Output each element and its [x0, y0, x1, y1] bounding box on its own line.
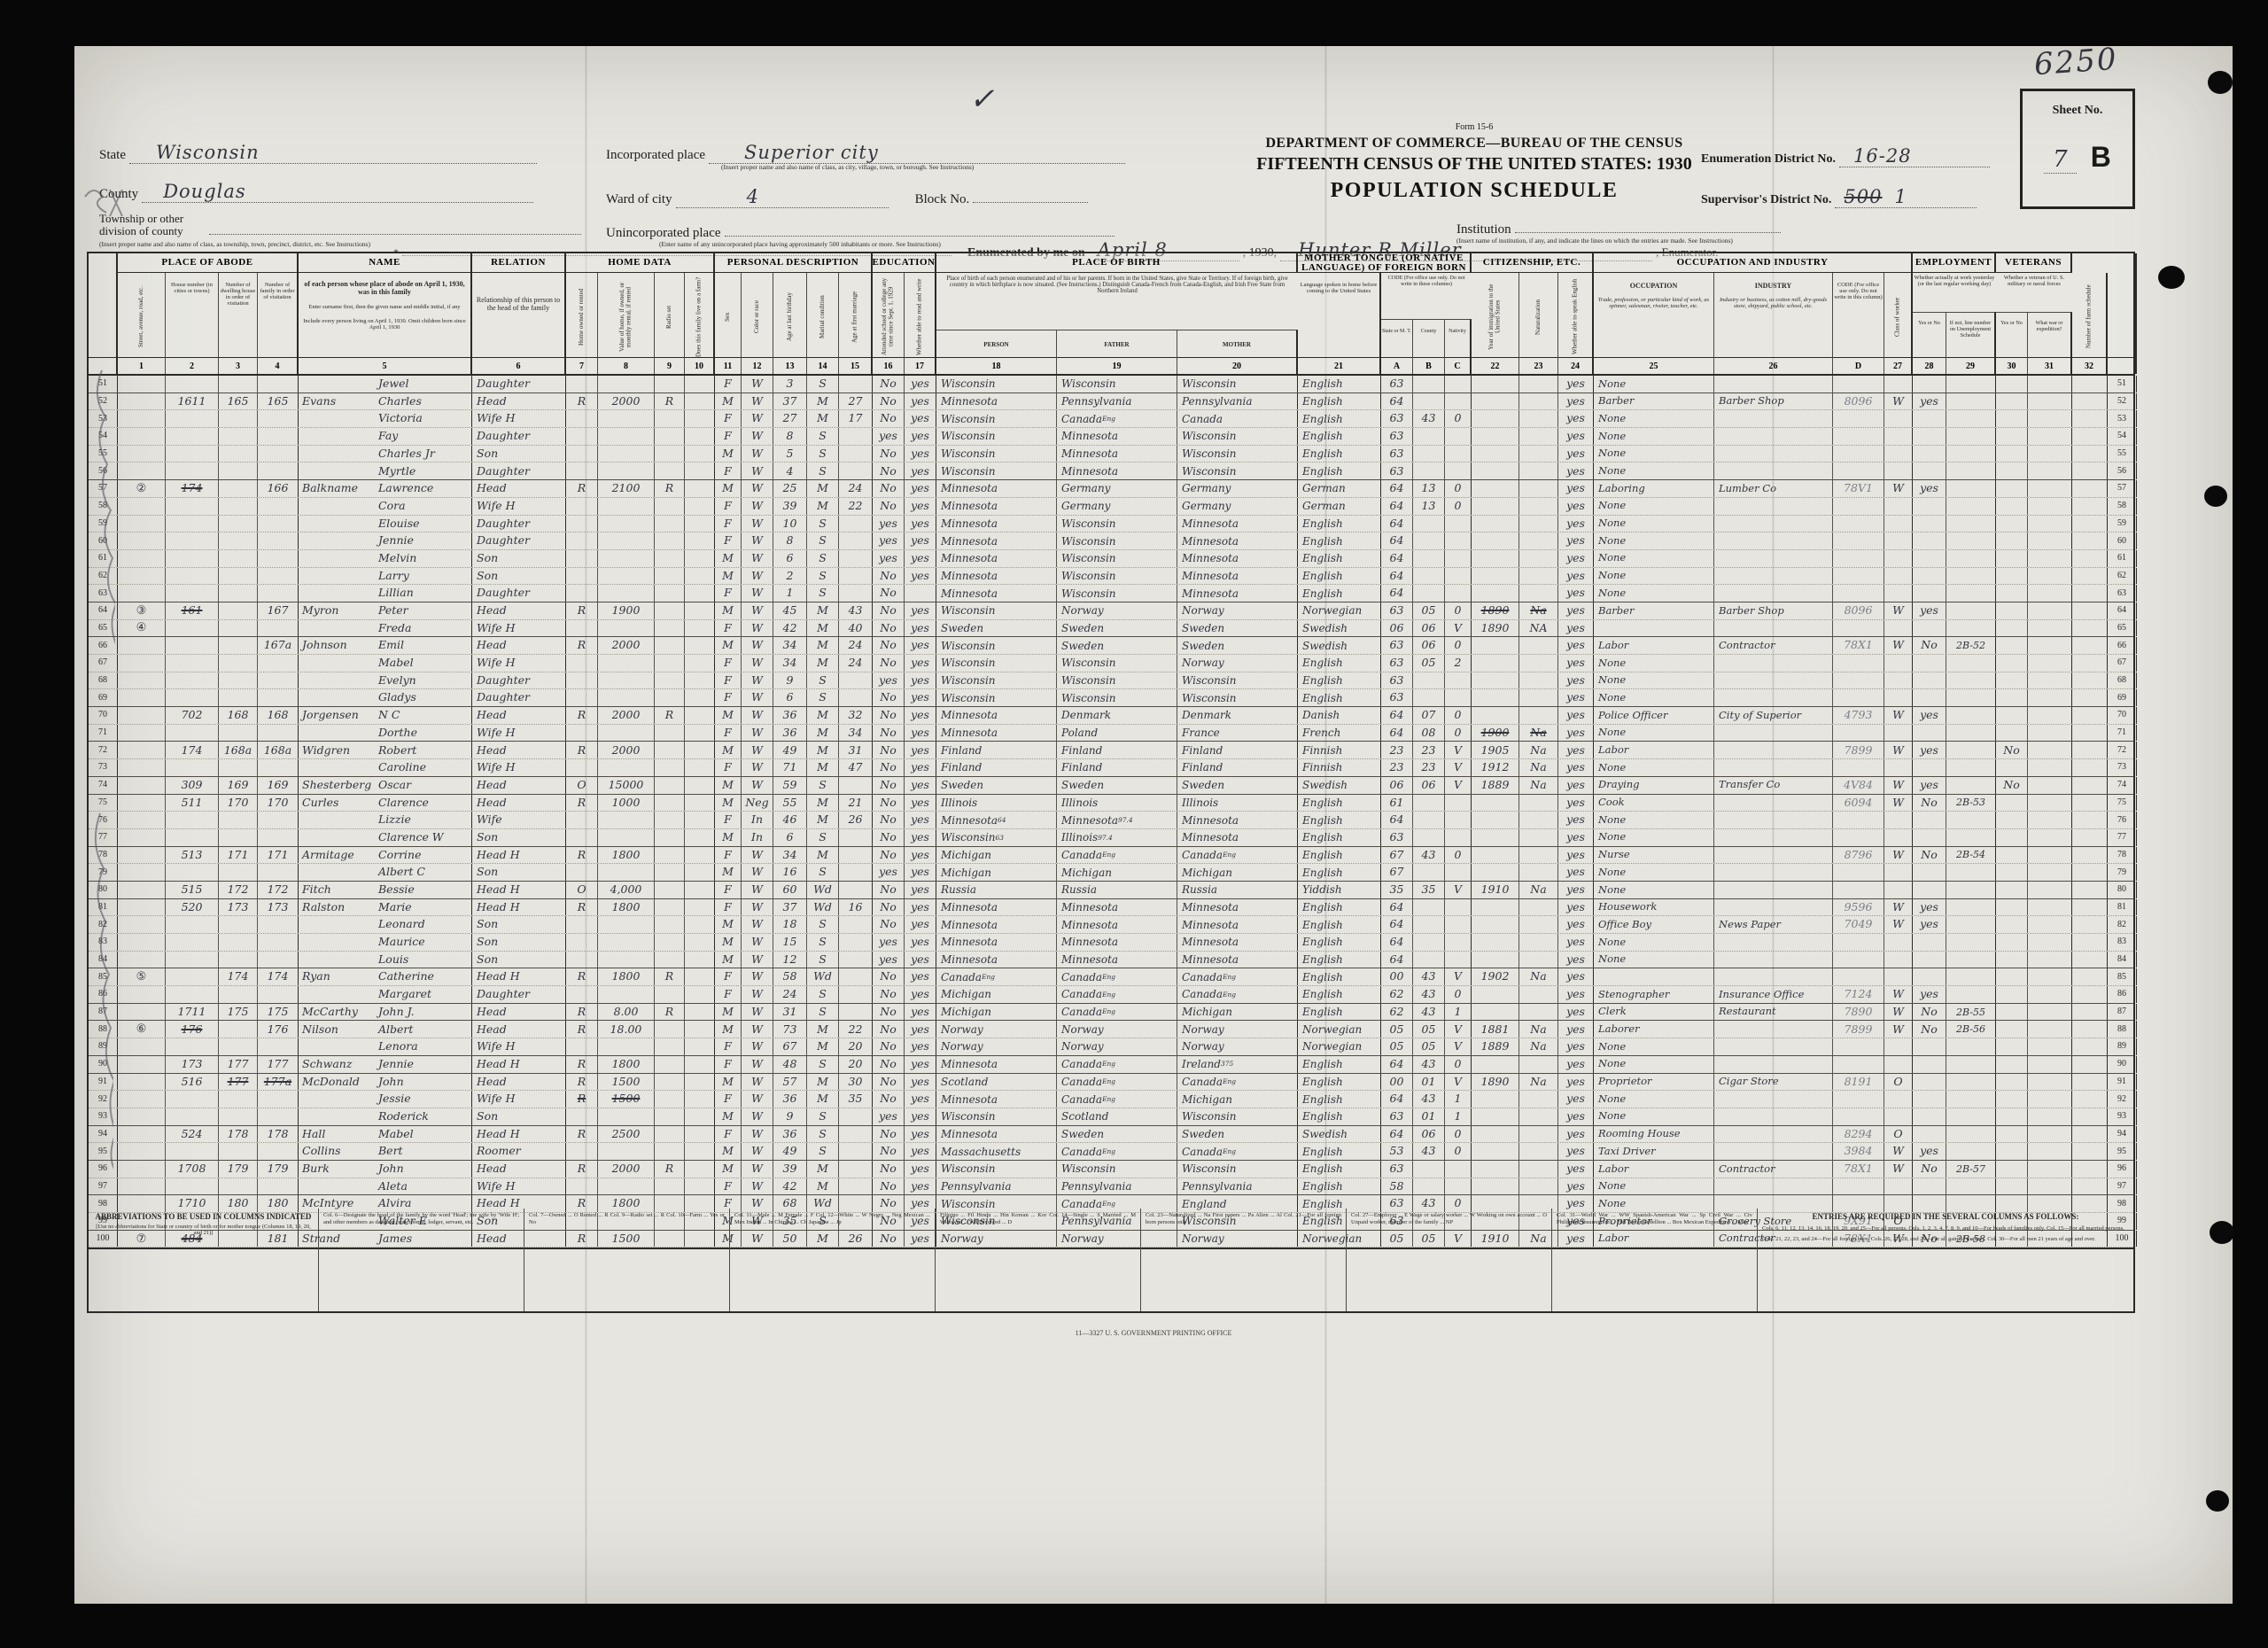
- cell-col-14: M: [807, 1161, 839, 1178]
- cell-col-31: [2028, 725, 2072, 742]
- cell-col-9: [655, 847, 685, 864]
- table-row: 92JessieWife HR1500FW36M35NoyesMinnesota…: [89, 1091, 2133, 1108]
- cell-col-14: M: [807, 1074, 839, 1091]
- cell-col-21: English: [1298, 1108, 1381, 1125]
- cell-col-D: [1833, 864, 1884, 881]
- cell-col-30: [1996, 1056, 2028, 1073]
- cell-col-11: M: [715, 1143, 742, 1160]
- cell-col-10: [685, 1161, 715, 1178]
- cell-col-9: [655, 428, 685, 445]
- cell-col-27: W: [1884, 847, 1913, 864]
- cell-col-17: yes: [905, 934, 936, 951]
- cell-col-29: 2B-55: [1946, 1004, 1996, 1021]
- cell-col-D: 8096: [1833, 393, 1884, 410]
- cell-col-10: [685, 1091, 715, 1108]
- cell-col-11: F: [715, 376, 742, 393]
- cell-col-B: 43: [1413, 968, 1445, 985]
- cell-col-A: 63: [1381, 602, 1413, 619]
- table-row: 60JennieDaughterFW8SyesyesMinnesotaWisco…: [89, 532, 2133, 550]
- cell-col-17: yes: [905, 847, 936, 864]
- cell-col-14: S: [807, 532, 839, 549]
- cell-col-2: 511: [166, 795, 219, 812]
- cell-col-6: Wife H: [472, 1038, 566, 1055]
- cell-col-15: 20: [839, 1038, 873, 1055]
- cell-col-17: yes: [905, 480, 936, 497]
- cell-col-14: S: [807, 689, 839, 706]
- cell-col-17: yes: [905, 410, 936, 427]
- cell-col-29: [1946, 550, 1996, 567]
- cell-col-C: [1445, 1178, 1472, 1195]
- cell-col-32: [2072, 1004, 2108, 1021]
- cell-col-23: [1519, 689, 1558, 706]
- line-number: 54: [2108, 428, 2137, 445]
- cell-col-B: [1413, 672, 1445, 689]
- cell-col-1: [118, 899, 166, 916]
- cell-col-8: 2000: [598, 393, 655, 410]
- cell-col-8: [598, 446, 655, 463]
- cell-col-16: yes: [873, 1108, 905, 1125]
- cell-col-23: Na: [1519, 742, 1558, 758]
- cell-col-9: [655, 672, 685, 689]
- cell-col-1: [118, 550, 166, 567]
- cell-col-9: [655, 1056, 685, 1073]
- cell-col-14: M: [807, 480, 839, 497]
- cell-col-31: [2028, 410, 2072, 427]
- cell-col-22: 1905: [1472, 742, 1519, 758]
- cell-col-23: Na: [1519, 968, 1558, 985]
- line-number: 63: [2108, 585, 2137, 602]
- cell-col-12: W: [742, 463, 773, 479]
- cell-col-15: [839, 968, 873, 985]
- cell-col-27: W: [1884, 1143, 1913, 1160]
- cell-col-D: 7899: [1833, 742, 1884, 758]
- enumeration-district-field: Enumeration District No. 16-28: [1701, 145, 1990, 167]
- cell-col-32: [2072, 1021, 2108, 1038]
- cell-col-A: 05: [1381, 1038, 1413, 1055]
- cell-col-B: 13: [1413, 498, 1445, 515]
- cell-col-1: [118, 568, 166, 585]
- cell-col-21: Yiddish: [1298, 882, 1381, 898]
- cell-col-B: 35: [1413, 882, 1445, 898]
- cell-col-29: 2B-53: [1946, 795, 1996, 812]
- table-row: 54FayDaughterFW8SyesyesWisconsinMinnesot…: [89, 428, 2133, 446]
- cell-col-1: [118, 532, 166, 549]
- cell-col-A: 63: [1381, 376, 1413, 393]
- cell-col-2: [166, 637, 219, 654]
- cell-col-22: [1472, 393, 1519, 410]
- table-row: 64③161167MyronPeterHeadR1900MW45M43Noyes…: [89, 602, 2133, 620]
- cell-col-A: 63: [1381, 410, 1413, 427]
- cell-col-20: Minnesota: [1177, 568, 1298, 585]
- cell-col-30: [1996, 847, 2028, 864]
- cell-col-20: Minnesota: [1177, 952, 1298, 968]
- cell-col-3: 178: [219, 1126, 258, 1143]
- cell-col-1: ⑥: [118, 1021, 166, 1038]
- cell-col-31: [2028, 829, 2072, 846]
- cell-col-11: F: [715, 899, 742, 916]
- cell-col-23: [1519, 899, 1558, 916]
- cell-col-3: [219, 986, 258, 1003]
- cell-col-28: yes: [1913, 480, 1946, 497]
- cell-col-32: [2072, 864, 2108, 881]
- cell-col-12: W: [742, 516, 773, 532]
- cell-col-23: [1519, 916, 1558, 933]
- cell-col-9: [655, 637, 685, 654]
- cell-col-25: None: [1594, 1091, 1714, 1108]
- name-cell: Elouise: [299, 516, 472, 532]
- cell-col-18: Minnesota: [936, 585, 1057, 602]
- cell-col-23: [1519, 585, 1558, 602]
- cell-col-1: [118, 795, 166, 812]
- table-row: 63LillianDaughterFW1SNoMinnesotaWisconsi…: [89, 585, 2133, 602]
- line-number: 93: [2108, 1108, 2137, 1125]
- name-cell: Dorthe: [299, 725, 472, 742]
- cell-col-22: [1472, 952, 1519, 968]
- cell-col-30: [1996, 1021, 2028, 1038]
- name-cell: MyronPeter: [299, 602, 472, 619]
- cell-col-25: [1594, 968, 1714, 985]
- cell-col-23: [1519, 934, 1558, 951]
- cell-col-B: 06: [1413, 777, 1445, 794]
- cell-col-9: R: [655, 1161, 685, 1178]
- cell-col-32: [2072, 532, 2108, 549]
- line-number: 76: [2108, 812, 2137, 828]
- cell-col-27: W: [1884, 1004, 1913, 1021]
- cell-col-17: yes: [905, 463, 936, 479]
- cell-col-25: None: [1594, 934, 1714, 951]
- cell-col-27: [1884, 655, 1913, 672]
- cell-col-16: No: [873, 986, 905, 1003]
- cell-col-13: 48: [773, 1056, 807, 1073]
- cell-col-C: [1445, 550, 1472, 567]
- table-row: 74309169169ShesterbergOscarHeadO15000MW5…: [89, 777, 2133, 795]
- cell-col-22: 1912: [1472, 759, 1519, 776]
- cell-col-8: [598, 672, 655, 689]
- cell-col-19: Pennsylvania: [1057, 1178, 1177, 1195]
- cell-col-27: [1884, 968, 1913, 985]
- cell-col-19: Michigan: [1057, 864, 1177, 881]
- cell-col-12: W: [742, 376, 773, 393]
- cell-col-16: yes: [873, 532, 905, 549]
- cell-col-C: [1445, 672, 1472, 689]
- line-number: 85: [2108, 968, 2137, 985]
- cell-col-15: [839, 376, 873, 393]
- line-number: 87: [2108, 1004, 2137, 1021]
- cell-col-18: Minnesota: [936, 568, 1057, 585]
- cell-col-4: [258, 934, 299, 951]
- cell-col-4: 176: [258, 1021, 299, 1038]
- cell-col-16: No: [873, 1091, 905, 1108]
- cell-col-6: Daughter: [472, 376, 566, 393]
- cell-col-25: None: [1594, 376, 1714, 393]
- cell-col-29: [1946, 1108, 1996, 1125]
- cell-col-20: Norway: [1177, 602, 1298, 619]
- cell-col-D: 78X1: [1833, 1161, 1884, 1178]
- cell-col-2: [166, 446, 219, 463]
- cell-col-32: [2072, 1038, 2108, 1055]
- cell-col-D: 78X1: [1833, 637, 1884, 654]
- cell-col-23: [1519, 428, 1558, 445]
- cell-col-27: [1884, 446, 1913, 463]
- cell-col-9: [655, 864, 685, 881]
- line-number: 92: [2108, 1091, 2137, 1108]
- cell-col-2: 1711: [166, 1004, 219, 1021]
- cell-col-13: 9: [773, 672, 807, 689]
- cell-col-12: W: [742, 655, 773, 672]
- column-header-11: Sex: [715, 273, 742, 361]
- cell-col-13: 31: [773, 1004, 807, 1021]
- cell-col-32: [2072, 672, 2108, 689]
- cell-col-18: Minnesota: [936, 550, 1057, 567]
- cell-col-4: 172: [258, 882, 299, 898]
- cell-col-C: V: [1445, 620, 1472, 637]
- cell-col-24: yes: [1558, 1161, 1594, 1178]
- cell-col-26: [1714, 689, 1833, 706]
- cell-col-31: [2028, 568, 2072, 585]
- cell-col-17: yes: [905, 568, 936, 585]
- cell-col-12: In: [742, 812, 773, 828]
- cell-col-32: [2072, 952, 2108, 968]
- cell-col-13: 2: [773, 568, 807, 585]
- cell-col-30: [1996, 1126, 2028, 1143]
- cell-col-24: yes: [1558, 689, 1594, 706]
- cell-col-17: yes: [905, 428, 936, 445]
- punch-hole: [2208, 71, 2233, 94]
- cell-col-D: [1833, 829, 1884, 846]
- cell-col-25: Stenographer: [1594, 986, 1714, 1003]
- cell-col-20: Pennsylvania: [1177, 393, 1298, 410]
- cell-col-C: V: [1445, 1038, 1472, 1055]
- cell-col-8: [598, 689, 655, 706]
- name-cell: Lenora: [299, 1038, 472, 1055]
- cell-col-29: [1946, 1143, 1996, 1160]
- line-number: 74: [89, 777, 118, 794]
- cell-col-31: [2028, 655, 2072, 672]
- cell-col-20: Wisconsin: [1177, 689, 1298, 706]
- cell-col-17: yes: [905, 655, 936, 672]
- table-row: 86MargaretDaughterFW24SNoyesMichiganCana…: [89, 986, 2133, 1004]
- cell-col-25: Clerk: [1594, 1004, 1714, 1021]
- cell-col-25: Police Officer: [1594, 707, 1714, 724]
- cell-col-7: R: [566, 602, 598, 619]
- cell-col-C: 0: [1445, 847, 1472, 864]
- cell-col-18: Finland: [936, 742, 1057, 758]
- cell-col-16: yes: [873, 550, 905, 567]
- cell-col-31: [2028, 1126, 2072, 1143]
- cell-col-D: 8796: [1833, 847, 1884, 864]
- cell-col-31: [2028, 707, 2072, 724]
- cell-col-26: [1714, 759, 1833, 776]
- cell-col-20: Michigan: [1177, 864, 1298, 881]
- cell-col-D: [1833, 568, 1884, 585]
- line-number: 53: [2108, 410, 2137, 427]
- cell-col-12: W: [742, 620, 773, 637]
- table-row: 961708179179BurkJohnHeadR2000RMW39MNoyes…: [89, 1161, 2133, 1178]
- cell-col-31: [2028, 968, 2072, 985]
- cell-col-26: Insurance Office: [1714, 986, 1833, 1003]
- cell-col-15: 26: [839, 812, 873, 828]
- cell-col-10: [685, 620, 715, 637]
- cell-col-3: 168a: [219, 742, 258, 758]
- cell-col-A: 23: [1381, 759, 1413, 776]
- cell-col-23: [1519, 1091, 1558, 1108]
- cell-col-8: [598, 812, 655, 828]
- cell-col-31: [2028, 516, 2072, 532]
- name-cell: Larry: [299, 568, 472, 585]
- cell-col-27: [1884, 1091, 1913, 1108]
- cell-col-16: yes: [873, 516, 905, 532]
- cell-col-2: [166, 568, 219, 585]
- birthplace-note: Place of birth of each person enumerated…: [936, 273, 1298, 330]
- cell-col-9: [655, 934, 685, 951]
- cell-col-6: Head H: [472, 1126, 566, 1143]
- cell-col-22: [1472, 637, 1519, 654]
- cell-col-29: [1946, 672, 1996, 689]
- incorporated-field: Incorporated place Superior city (Insert…: [606, 142, 1125, 171]
- cell-col-3: [219, 637, 258, 654]
- cell-col-27: [1884, 550, 1913, 567]
- cell-col-7: [566, 1143, 598, 1160]
- line-number: 73: [2108, 759, 2137, 776]
- line-number: 90: [2108, 1056, 2137, 1073]
- cell-col-29: [1946, 899, 1996, 916]
- cell-col-14: S: [807, 1056, 839, 1073]
- line-number: 55: [2108, 446, 2137, 463]
- cell-col-8: [598, 516, 655, 532]
- cell-col-14: M: [807, 620, 839, 637]
- line-number: 60: [2108, 532, 2137, 549]
- cell-col-1: [118, 1178, 166, 1195]
- cell-col-B: 05: [1413, 602, 1445, 619]
- cell-col-32: [2072, 795, 2108, 812]
- cell-col-10: [685, 1021, 715, 1038]
- cell-col-1: [118, 637, 166, 654]
- cell-col-32: [2072, 516, 2108, 532]
- column-header-3: Number of dwelling house in order of vis…: [219, 273, 258, 361]
- cell-col-8: [598, 916, 655, 933]
- cell-col-C: [1445, 899, 1472, 916]
- cell-col-30: [1996, 516, 2028, 532]
- cell-col-27: W: [1884, 742, 1913, 758]
- name-cell: Roderick: [299, 1108, 472, 1125]
- cell-col-28: yes: [1913, 1143, 1946, 1160]
- cell-col-19: Scotland: [1057, 1108, 1177, 1125]
- cell-col-21: English: [1298, 1004, 1381, 1021]
- cell-col-11: F: [715, 882, 742, 898]
- cell-col-15: 34: [839, 725, 873, 742]
- cell-col-13: 6: [773, 550, 807, 567]
- cell-col-4: 168a: [258, 742, 299, 758]
- name-cell: Margaret: [299, 986, 472, 1003]
- cell-col-D: [1833, 585, 1884, 602]
- cell-col-3: 168: [219, 707, 258, 724]
- cell-col-22: [1472, 829, 1519, 846]
- cell-col-4: [258, 550, 299, 567]
- cell-col-27: [1884, 1056, 1913, 1073]
- name-cell: RalstonMarie: [299, 899, 472, 916]
- cell-col-27: [1884, 689, 1913, 706]
- cell-col-19: Russia: [1057, 882, 1177, 898]
- sd-struck-value: 500: [1844, 186, 1882, 207]
- cell-col-32: [2072, 1056, 2108, 1073]
- column-header-14: Marital condition: [807, 273, 839, 361]
- name-cell: Gladys: [299, 689, 472, 706]
- cell-col-6: Son: [472, 446, 566, 463]
- cell-col-19: CanadaEng: [1057, 1091, 1177, 1108]
- cell-col-23: [1519, 952, 1558, 968]
- cell-col-32: [2072, 498, 2108, 515]
- cell-col-8: 1500: [598, 1091, 655, 1108]
- cell-col-10: [685, 864, 715, 881]
- cell-col-6: Head: [472, 1021, 566, 1038]
- cell-col-3: [219, 1021, 258, 1038]
- cell-col-27: [1884, 516, 1913, 532]
- cell-col-18: Wisconsin: [936, 1161, 1057, 1178]
- cell-col-18: Minnesota: [936, 1056, 1057, 1073]
- name-cell: Maurice: [299, 934, 472, 951]
- cell-col-20: Michigan: [1177, 1004, 1298, 1021]
- cell-col-16: No: [873, 829, 905, 846]
- county-field: County Douglas: [99, 181, 533, 203]
- cell-col-24: yes: [1558, 916, 1594, 933]
- cell-col-8: [598, 498, 655, 515]
- cell-col-A: 00: [1381, 1074, 1413, 1091]
- cell-col-8: [598, 532, 655, 549]
- cell-col-10: [685, 986, 715, 1003]
- cell-col-26: [1714, 516, 1833, 532]
- ward-label: Ward of city: [606, 192, 672, 206]
- relation-column-description: Relationship of this person to the head …: [472, 273, 566, 361]
- cell-col-D: [1833, 952, 1884, 968]
- cell-col-10: [685, 393, 715, 410]
- cell-col-31: [2028, 689, 2072, 706]
- cell-col-1: [118, 707, 166, 724]
- cell-col-9: [655, 1126, 685, 1143]
- cell-col-9: [655, 376, 685, 393]
- name-cell: Lillian: [299, 585, 472, 602]
- cell-col-3: 175: [219, 1004, 258, 1021]
- cell-col-24: yes: [1558, 637, 1594, 654]
- cell-col-20: Denmark: [1177, 707, 1298, 724]
- cell-col-24: yes: [1558, 446, 1594, 463]
- cell-col-A: 63: [1381, 689, 1413, 706]
- cell-col-31: [2028, 934, 2072, 951]
- line-number: 68: [89, 672, 118, 689]
- cell-col-7: [566, 952, 598, 968]
- cell-col-12: W: [742, 446, 773, 463]
- cell-col-30: [1996, 725, 2028, 742]
- cell-col-A: 64: [1381, 916, 1413, 933]
- table-row: 83MauriceSonMW15SyesyesMinnesotaMinnesot…: [89, 934, 2133, 952]
- cell-col-28: [1913, 1178, 1946, 1195]
- cell-col-7: [566, 759, 598, 776]
- cell-col-15: 17: [839, 410, 873, 427]
- name-cell: ShesterbergOscar: [299, 777, 472, 794]
- cell-col-2: 309: [166, 777, 219, 794]
- cell-col-15: [839, 532, 873, 549]
- cell-col-19: CanadaEng: [1057, 1004, 1177, 1021]
- cell-col-B: 43: [1413, 1056, 1445, 1073]
- cell-col-22: [1472, 934, 1519, 951]
- cell-col-13: 16: [773, 864, 807, 881]
- cell-col-10: [685, 428, 715, 445]
- cell-col-2: [166, 952, 219, 968]
- cell-col-A: 64: [1381, 725, 1413, 742]
- cell-col-21: English: [1298, 934, 1381, 951]
- cell-col-D: [1833, 532, 1884, 549]
- cell-col-22: [1472, 498, 1519, 515]
- cell-col-28: [1913, 376, 1946, 393]
